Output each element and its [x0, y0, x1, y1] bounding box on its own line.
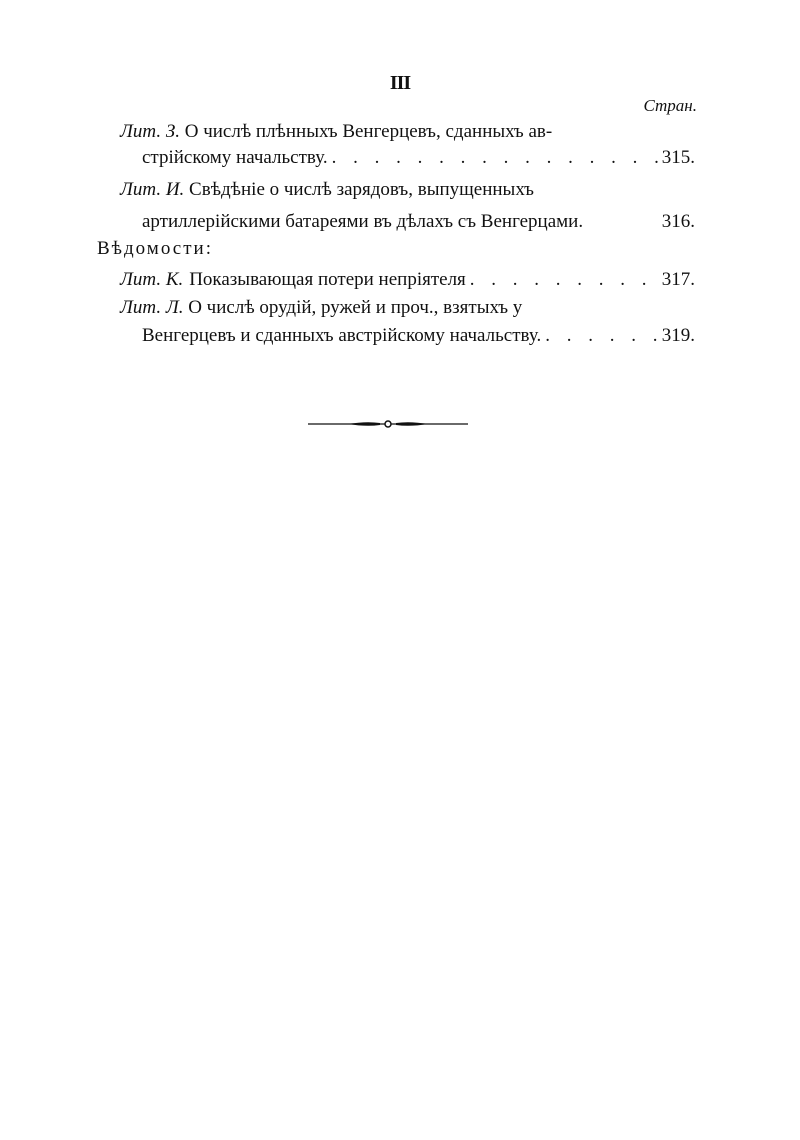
- entry-text: Свѣдѣніе о числѣ зарядовъ, выпущенныхъ: [189, 179, 534, 200]
- toc-entry-k: Лит. К. Показывающая потери непріятеля .…: [120, 268, 695, 292]
- toc-entry-z-line1: Лит. З. О числѣ плѣнныхъ Венгерцевъ, сда…: [120, 120, 552, 144]
- dot-leader: . . . . . .: [541, 324, 662, 348]
- toc-entry-l-line1: Лит. Л. О числѣ орудій, ружей и проч., в…: [120, 296, 522, 320]
- section-title: Вѣдомости:: [97, 237, 213, 261]
- entry-label: Лит. Л.: [120, 297, 183, 318]
- entry-label: Лит. К.: [120, 268, 183, 292]
- page-ref: 317.: [662, 268, 695, 292]
- toc-entry-i-line1: Лит. И. Свѣдѣніе о числѣ зарядовъ, выпущ…: [120, 178, 534, 202]
- decorative-rule-ornament: [308, 418, 468, 430]
- entry-text: артиллерійскими батареями въ дѣлахъ съ В…: [142, 210, 583, 234]
- page-number: III: [380, 72, 420, 95]
- page-ref: 315.: [662, 146, 695, 170]
- toc-entry-z-line2: стрійскому начальству. . . . . . . . . .…: [142, 146, 695, 170]
- entry-text: О числѣ плѣнныхъ Венгерцевъ, сданныхъ ав…: [185, 121, 553, 142]
- entry-text: Венгерцевъ и сданныхъ австрійскому начал…: [142, 324, 541, 348]
- entry-text: стрійскому начальству.: [142, 146, 328, 170]
- dot-leader: . . . . . . . . . . . . . . . . . . . . …: [328, 146, 662, 170]
- toc-entry-l-line2: Венгерцевъ и сданныхъ австрійскому начал…: [142, 324, 695, 348]
- page-ref: 319.: [662, 324, 695, 348]
- page-ref: 316.: [662, 210, 695, 234]
- column-header-pages: Стран.: [643, 96, 697, 116]
- entry-label: Лит. И.: [120, 179, 184, 200]
- toc-entry-i-line2: артиллерійскими батареями въ дѣлахъ съ В…: [142, 210, 695, 234]
- dot-leader: . . . . . . . . . . . .: [466, 268, 662, 292]
- entry-text: Показывающая потери непріятеля: [189, 268, 466, 292]
- entry-label: Лит. З.: [120, 121, 180, 142]
- entry-text: О числѣ орудій, ружей и проч., взятыхъ у: [188, 297, 522, 318]
